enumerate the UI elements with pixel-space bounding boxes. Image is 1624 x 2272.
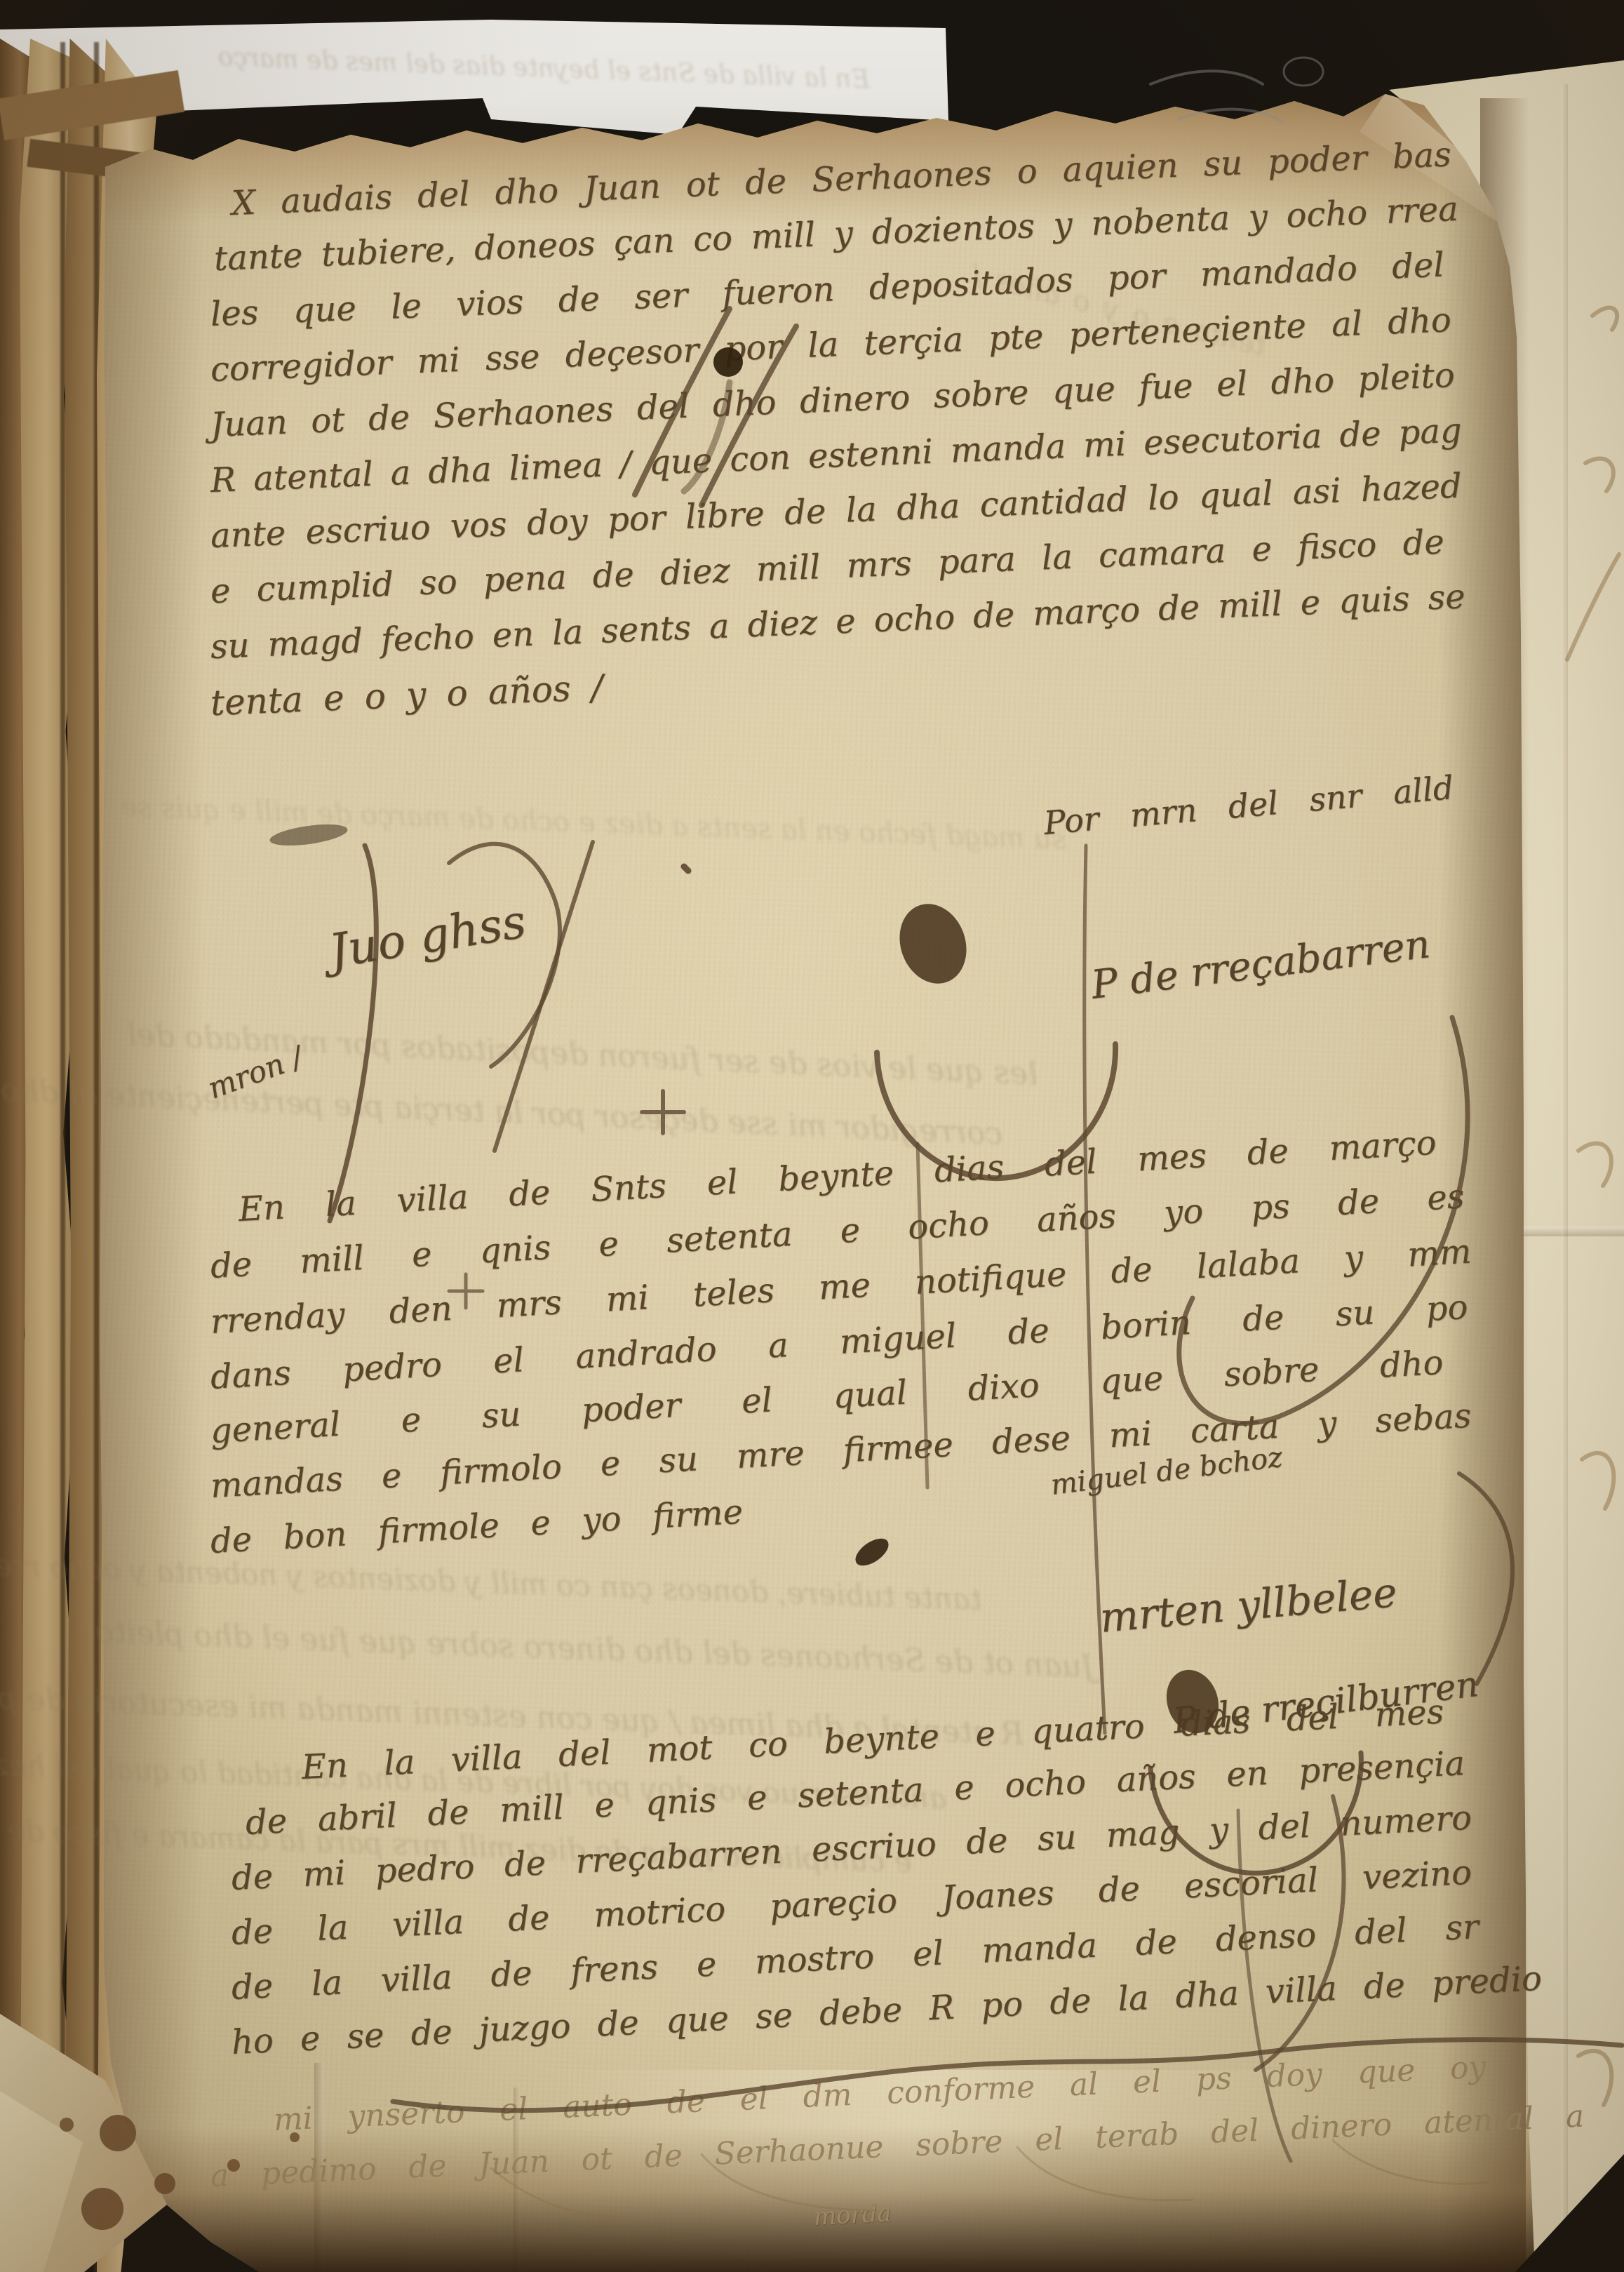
small-faded-note: morda [813, 2199, 892, 2231]
facing-page-crease [1561, 84, 1568, 2272]
manuscript-scan: En la villa de Snts el beynte dias del m… [0, 0, 1624, 2272]
leaf-crevice [60, 42, 65, 2272]
facing-page-top-edge [1375, 0, 1624, 63]
gutter-shadow-left [98, 140, 203, 2272]
